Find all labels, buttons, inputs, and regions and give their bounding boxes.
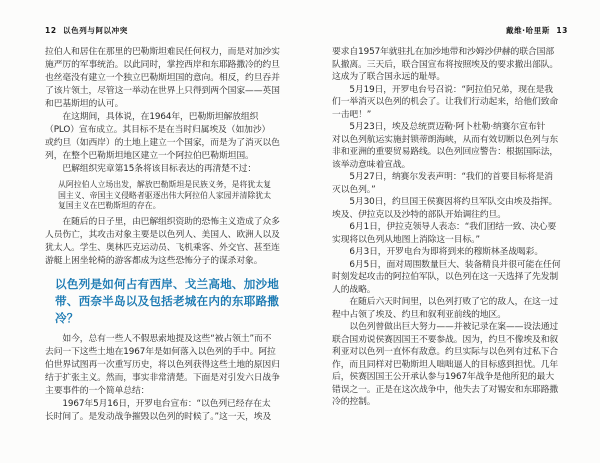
- text-line: 拉伯人和居住在那里的巴勒斯坦难民任何权力，而是对加沙实: [45, 46, 281, 59]
- text-line: 施严厉的军事统治。以此同时，掌控西岸和东耶路撒冷的约旦: [45, 59, 281, 72]
- text-line: 游艇上困坐轮椅的游客都成为这些恐怖分子的谋杀对象。: [45, 255, 281, 268]
- paragraph-block-body: 在随后的日子里，由巴解组织资助的恐怖主义造成了众多人员伤亡，其攻击对象主要是以色…: [45, 216, 281, 268]
- text-line: 6月3日，开罗电台为即将到来的穆斯林圣战喝彩。: [332, 246, 568, 259]
- text-line: 在随后的日子里，由巴解组织资助的恐怖主义造成了众多: [45, 216, 281, 229]
- section-heading-line: 带、西奈半岛以及包括老城在内的东耶路撒: [55, 293, 281, 310]
- section-heading-line: 冷？: [55, 310, 281, 327]
- text-line: 这成为了联合国永远的耻辱。: [332, 71, 568, 84]
- right-page-header: 戴维·哈里斯 13: [332, 26, 568, 36]
- text-line: 或约旦（如西岸）的土地上建立一个国家，而是为了消灭以色: [45, 137, 281, 150]
- paragraph-block-heading: 以色列是如何占有西岸、戈兰高地、加沙地带、西奈半岛以及包括老城在内的东耶路撒冷？: [55, 276, 281, 327]
- text-line: 长时间了。是发动战争摧毁以色列的时候了。”这一天，埃及: [45, 411, 281, 424]
- text-line: 5月27日，纳赛尔发表声明：“我们的首要目标将是消: [332, 171, 568, 184]
- text-line: 在随后六天时间里，以色列打败了它的敌人，在这一过: [332, 296, 568, 309]
- text-line: 该举动意味着宣战。: [332, 159, 568, 172]
- text-line: 去问一下这些土地在1967年是如何落入以色列的手中。阿拉: [45, 346, 281, 359]
- text-line: 在这期间，具体说，在1964年，巴勒斯坦解放组织: [45, 111, 281, 124]
- text-line: 犹太人。学生、奥林匹克运动员、飞机乘客、外交官、甚至连: [45, 242, 281, 255]
- text-line: 以色列曾做出巨大努力——并被记录在案——设法通过: [332, 321, 568, 334]
- text-line: 对以色列航运实施封锁蒂朗海峡，从而有效切断以色列与东: [332, 134, 568, 147]
- left-page: 12 以色列与阿以冲突 拉伯人和居住在那里的巴勒斯坦难民任何权力，而是对加沙实施…: [45, 26, 281, 424]
- text-line: 时刻发起攻击的阿拉伯军队，以色列在这一天选择了先发制: [332, 271, 568, 284]
- text-line: 5月19日，开罗电台号召说：“阿拉伯兄弟，现在是我: [332, 84, 568, 97]
- text-line: 也丝毫没有建立一个独立巴勒斯坦国的意向。相反，约旦吞并: [45, 72, 281, 85]
- text-line: 一击吧！”: [332, 109, 568, 122]
- text-line: 埃及、伊拉克以及沙特的部队开始调往约旦。: [332, 209, 568, 222]
- text-line: 1967年5月16日，开罗电台宣布：“以色列已经存在太: [45, 398, 281, 411]
- right-page-body: 要求自1957年就驻扎在加沙地带和沙姆沙伊赫的联合国部队撤离。三天后，联合国宣布…: [332, 46, 568, 409]
- text-line: 5月23日，埃及总统贾迈勒·阿卜杜勒·纳赛尔宣布针: [332, 121, 568, 134]
- text-line: 队撤离。三天后，联合国宣布将按照埃及的要求撤出部队。: [332, 59, 568, 72]
- text-line: 非和亚洲的重要贸易路线。以色列回应警告：根据国际法，: [332, 146, 568, 159]
- text-line: 冷的控制。: [332, 396, 568, 409]
- text-line: 利亚对以色列一直怀有敌意。约旦实际与以色列有过私下合: [332, 346, 568, 359]
- text-line: 灭以色列。”: [332, 184, 568, 197]
- text-line: 巴解组织宪章第15条将该目标表达的再清楚不过：: [45, 163, 281, 176]
- text-line: 人的战略。: [332, 284, 568, 297]
- text-line: 主要事件的一个简单总结：: [45, 385, 281, 398]
- paragraph-block-body: 要求自1957年就驻扎在加沙地带和沙姆沙伊赫的联合国部队撤离。三天后，联合国宣布…: [332, 46, 568, 409]
- text-line: 复国主义在巴勒斯坦的存在。: [58, 201, 281, 212]
- book-spread: 12 以色列与阿以冲突 拉伯人和居住在那里的巴勒斯坦难民任何权力，而是对加沙实施…: [0, 0, 600, 463]
- text-line: 结于扩张主义。然而，事实非常清楚。下面是对引发六日战争: [45, 372, 281, 385]
- left-page-body: 拉伯人和居住在那里的巴勒斯坦难民任何权力，而是对加沙实施严厉的军事统治。以此同时…: [45, 46, 281, 424]
- text-line: 和巴基斯坦的认可。: [45, 98, 281, 111]
- right-page: 戴维·哈里斯 13 要求自1957年就驻扎在加沙地带和沙姆沙伊赫的联合国部队撤离…: [332, 26, 568, 409]
- text-line: 伯世界试图再一次重写历史，将以色列获得这些土地的原因归: [45, 359, 281, 372]
- paragraph-block-body: 拉伯人和居住在那里的巴勒斯坦难民任何权力，而是对加沙实施严厉的军事统治。以此同时…: [45, 46, 281, 111]
- text-line: 6月5日，面对周围数量巨大、装备精良并很可能在任何: [332, 259, 568, 272]
- paragraph-block-body: 在这期间，具体说，在1964年，巴勒斯坦解放组织（PLO）宣布成立。其目标不是在…: [45, 111, 281, 176]
- text-line: 后，侯赛因国王公开承认参与1967年战争是他所犯的最大: [332, 371, 568, 384]
- text-line: （PLO）宣布成立。其目标不是在当时归属埃及（如加沙）: [45, 124, 281, 137]
- text-line: 作，而且同样对巴勒斯坦人咄咄逼人的目标感到担忧。几年: [332, 359, 568, 372]
- left-page-header: 12 以色列与阿以冲突: [45, 26, 281, 36]
- text-line: 们一举消灭以色列的机会了。让我们行动起来，给他们致命: [332, 96, 568, 109]
- text-line: 了该片领土，尽管这一举动在世界上只得到两个国家——英国: [45, 85, 281, 98]
- text-line: 实现将以色列从地图上消除这一目标。”: [332, 234, 568, 247]
- text-line: 列，在整个巴勒斯坦地区建立一个阿拉伯巴勒斯坦国。: [45, 150, 281, 163]
- section-heading-line: 以色列是如何占有西岸、戈兰高地、加沙地: [55, 276, 281, 293]
- text-line: 程中占领了埃及、约旦和叙利亚前线的地区。: [332, 309, 568, 322]
- paragraph-block-body: 如今，总有一些人不假思索地提及这些“被占领土”而不去问一下这些土地在1967年是…: [45, 333, 281, 424]
- text-line: 5月30日，约旦国王侯赛因将约旦军队交由埃及指挥。: [332, 196, 568, 209]
- text-line: 国主义、帝国主义侵略者驱逐出伟大阿拉伯人家园并清除犹太: [58, 191, 281, 202]
- text-line: 如今，总有一些人不假思索地提及这些“被占领土”而不: [45, 333, 281, 346]
- text-line: 错误之一。正是在这次战争中，他失去了对锡安和东耶路撒: [332, 384, 568, 397]
- text-line: 联合国劝说侯赛因国王不要参战。因为，约旦不像埃及和叙: [332, 334, 568, 347]
- text-line: 6月1日，伊拉克领导人表态：“我们团结一致、决心要: [332, 221, 568, 234]
- text-line: 人员伤亡，其攻击对象主要是以色列人、美国人、欧洲人以及: [45, 229, 281, 242]
- text-line: 要求自1957年就驻扎在加沙地带和沙姆沙伊赫的联合国部: [332, 46, 568, 59]
- paragraph-block-quote: 从阿拉伯人立场出发，解放巴勒斯坦是民族义务，是将犹太复国主义、帝国主义侵略者驱逐…: [58, 180, 281, 212]
- text-line: 从阿拉伯人立场出发，解放巴勒斯坦是民族义务，是将犹太复: [58, 180, 281, 191]
